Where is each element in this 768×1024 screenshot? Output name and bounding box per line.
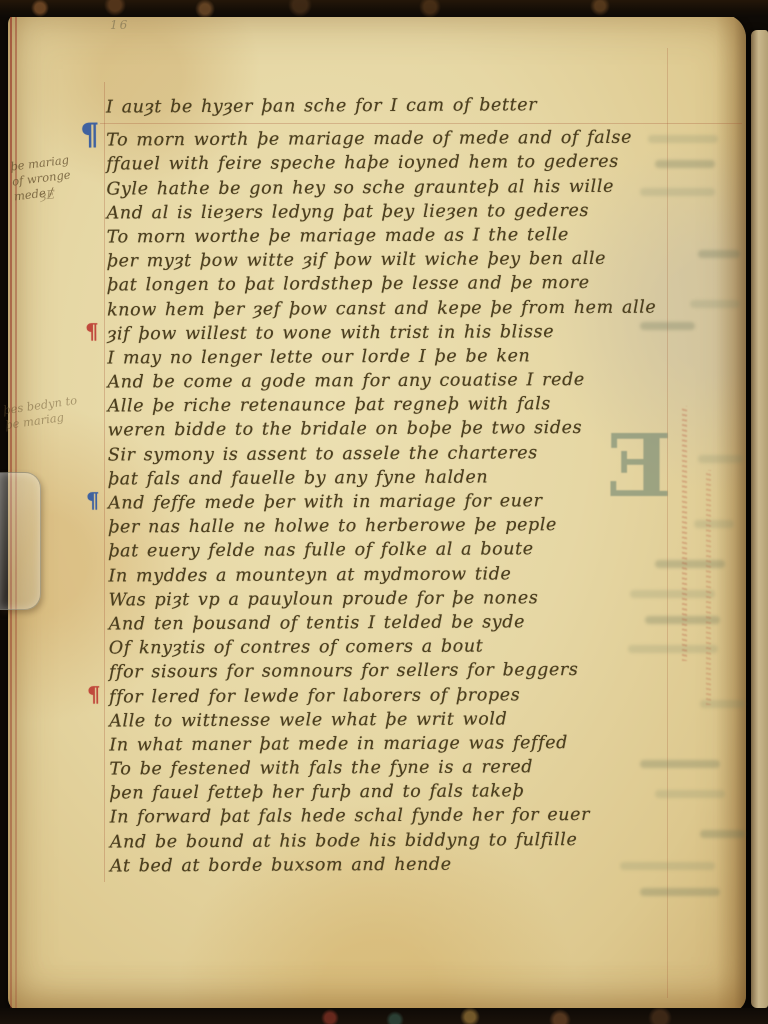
manuscript-line: And be come a gode man for any couatise … xyxy=(107,368,667,395)
manuscript-line: And be bound at his bode his biddyng to … xyxy=(110,827,670,854)
manuscript-line: ¶And feffe mede þer with in mariage for … xyxy=(108,489,668,516)
manuscript-line: I auȝt be hyȝer þan sche for I cam of be… xyxy=(106,93,666,120)
manuscript-line: ffor sisours for somnours for sellers fo… xyxy=(109,658,669,685)
manuscript-line: ¶To morn worth þe mariage made of mede a… xyxy=(106,126,666,153)
showthrough-text-ghost xyxy=(698,455,743,463)
folio-mark: 16 xyxy=(110,18,129,32)
manuscript-line: know hem þer ȝef þow canst and kepe þe f… xyxy=(107,295,667,322)
showthrough-text-ghost xyxy=(700,830,745,838)
manuscript-line: At bed at borde buxsom and hende xyxy=(110,851,670,878)
manuscript-line: Alle þe riche retenaunce þat regneþ with… xyxy=(108,392,668,419)
showthrough-text-ghost xyxy=(690,300,740,308)
binding-top-edge xyxy=(0,0,768,17)
manuscript-line: Gyle hathe be gon hey so sche graunteþ a… xyxy=(106,174,666,201)
manuscript-line: Sir symony is assent to assele the chart… xyxy=(108,440,668,467)
paraph-mark: ¶ xyxy=(87,683,101,704)
manuscript-line: Was piȝt vp a pauyloun proude for þe non… xyxy=(109,585,669,612)
manuscript-line: And al is lieȝers ledyng þat þey lieȝen … xyxy=(107,198,667,225)
manuscript-line: þer nas halle ne holwe to herberowe þe p… xyxy=(108,513,668,540)
paraph-mark: ¶ xyxy=(80,125,100,146)
manuscript-line: To be festened with fals the fyne is a r… xyxy=(109,755,669,782)
manuscript-line: Alle to wittnesse wele what þe writ wold xyxy=(109,706,669,733)
binding-bottom-edge xyxy=(0,1008,768,1024)
manuscript-line: þat euery felde nas fulle of folke al a … xyxy=(108,537,668,564)
manuscript-line: þer myȝt þow witte ȝif þow wilt wiche þe… xyxy=(107,247,667,274)
manuscript-line: I may no lenger lette our lorde I þe be … xyxy=(107,343,667,370)
paraph-mark: ¶ xyxy=(86,490,100,511)
manuscript-line: ¶ȝif þow willest to wone with trist in h… xyxy=(107,319,667,346)
showthrough-text-ghost xyxy=(694,520,734,528)
marginalia-line: ȝE xyxy=(39,187,55,203)
manuscript-line: In what maner þat mede in mariage was fe… xyxy=(109,730,669,757)
manuscript-photo: 16 E þe mariagof wrongemede / ȝE þes bed… xyxy=(0,0,768,1024)
manuscript-line: ffauel with feire speche haþe ioyned hem… xyxy=(106,150,666,177)
manuscript-line: In myddes a mounteyn at mydmorow tide xyxy=(108,561,668,588)
manuscript-line: Of knyȝtis of contres of comers a bout xyxy=(109,634,669,661)
manuscript-line: ¶ffor lered for lewde for laborers of þr… xyxy=(109,682,669,709)
showthrough-red-penwork xyxy=(706,470,711,705)
showthrough-text-ghost xyxy=(640,888,720,896)
showthrough-red-penwork xyxy=(682,406,687,661)
showthrough-text-ghost xyxy=(698,250,740,258)
ruling-line-vertical-left xyxy=(104,82,105,882)
manuscript-line: weren bidde to the bridale on boþe þe tw… xyxy=(108,416,668,443)
manuscript-line: To morn worthe þe mariage made as I the … xyxy=(107,222,667,249)
manuscript-line: In forward þat fals hede schal fynde her… xyxy=(110,803,670,830)
manuscript-line: þen fauel fetteþ her furþ and to fals ta… xyxy=(110,779,670,806)
text-block: I auȝt be hyȝer þan sche for I cam of be… xyxy=(106,93,670,879)
next-folio-edge xyxy=(751,30,768,1008)
manuscript-line: And ten þousand of tentis I telded be sy… xyxy=(109,609,669,636)
marginalia-note-2: ȝE xyxy=(39,187,55,203)
page-clip xyxy=(0,472,41,610)
manuscript-line: þat longen to þat lordsthep þe lesse and… xyxy=(107,271,667,298)
manuscript-line: þat fals and fauelle by any fyne halden xyxy=(108,464,668,491)
paraph-mark: ¶ xyxy=(85,320,99,341)
